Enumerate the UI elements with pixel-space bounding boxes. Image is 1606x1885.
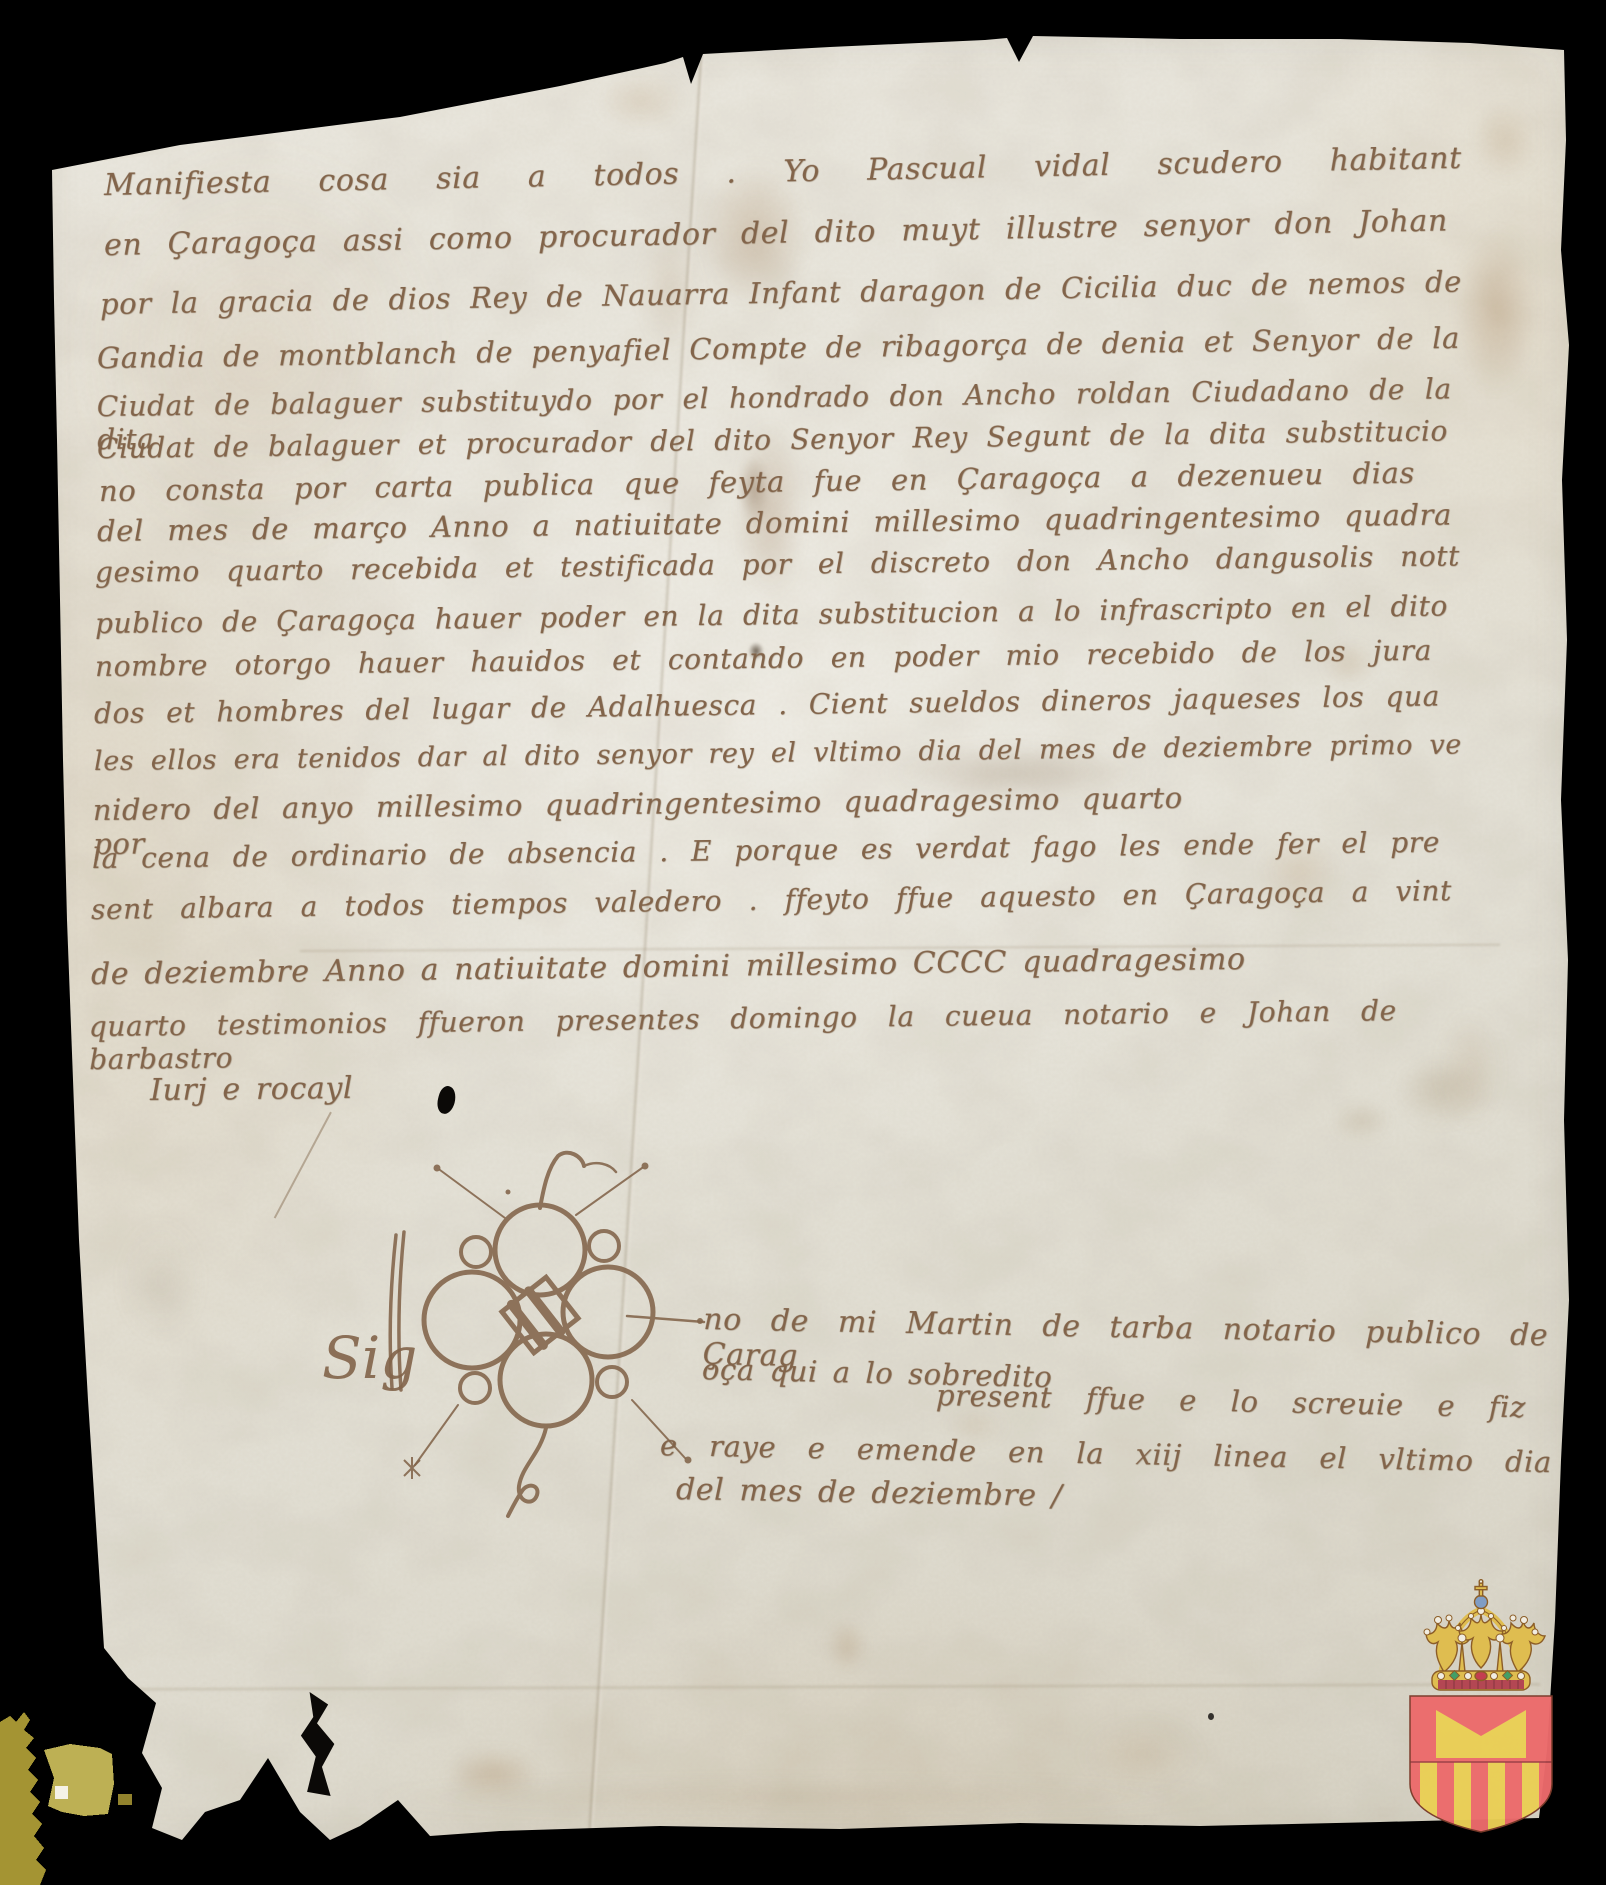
parchment-edge-shadow xyxy=(0,0,1606,1885)
aragon-coat-of-arms-icon xyxy=(1396,1576,1566,1840)
photo-backdrop: Manifiesta cosa sia a todos . Yo Pascual… xyxy=(0,0,1606,1885)
parchment-sheet: Manifiesta cosa sia a todos . Yo Pascual… xyxy=(0,0,1606,1885)
aragon-map-watermark-icon xyxy=(0,1700,150,1885)
